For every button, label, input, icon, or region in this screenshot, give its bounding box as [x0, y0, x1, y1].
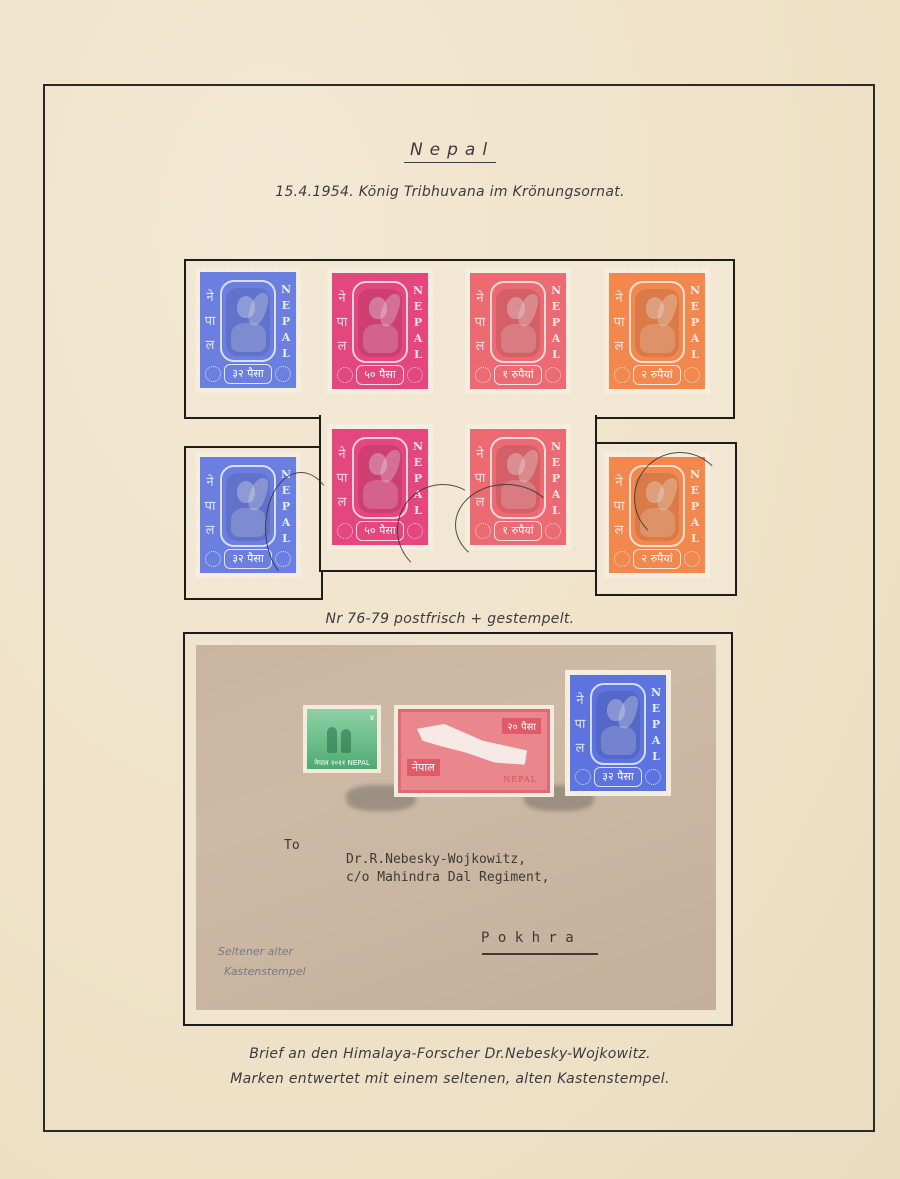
- ornament-icon: [575, 769, 591, 785]
- stamp-value: ४: [370, 712, 374, 723]
- postmark-cancel: [455, 484, 557, 566]
- used-stamp-1: नेपालNEPAL३२ पैसा: [195, 452, 301, 578]
- stamp-native-name: नेपाल: [573, 689, 587, 761]
- page-subtitle: 15.4.1954. König Tribhuvana im Krönungso…: [0, 184, 900, 200]
- ornament-icon: [337, 523, 353, 539]
- mint-stamp-1: नेपालNEPAL३२ पैसा: [195, 267, 301, 393]
- to-label: To: [284, 838, 300, 853]
- ornament-icon: [645, 769, 661, 785]
- stamp-value: २० पैसा: [502, 718, 541, 734]
- ornament-icon: [205, 551, 221, 567]
- stamp-native-name: नेपाल: [203, 471, 217, 543]
- address-line-1: Dr.R.Nebesky-Wojkowitz,: [346, 852, 526, 867]
- stamp-value: ३२ पैसा: [224, 364, 272, 384]
- stamp-native-name: नेपाल: [335, 443, 349, 515]
- green-agriculture-stamp: ४ नेपाल २०११ NEPAL: [303, 705, 381, 773]
- ornamental-frame: [629, 281, 685, 363]
- stamp-country: NEPAL: [411, 283, 425, 363]
- ornament-icon: [545, 367, 561, 383]
- ornamental-frame: [352, 281, 408, 363]
- address-line-2: c/o Mahindra Dal Regiment,: [346, 870, 550, 885]
- stamp-value: २ रुपैयां: [633, 549, 681, 569]
- used-stamp-2: नेपालNEPAL५० पैसा: [327, 424, 433, 550]
- city-underline: [482, 953, 598, 955]
- stamp-design: नेपालNEPAL३२ पैसा: [200, 272, 296, 388]
- pencil-note-1: Seltener alter: [218, 945, 293, 958]
- stamp-design: नेपालNEPAL१ रुपैयां: [470, 273, 566, 389]
- stamp-native-name: नेपाल: [203, 286, 217, 358]
- stamp-value: ५० पैसा: [356, 365, 404, 385]
- mint-stamp-2: नेपालNEPAL५० पैसा: [327, 268, 433, 394]
- stamp-design: नेपालNEPAL५० पैसा: [332, 273, 428, 389]
- ornament-icon: [614, 367, 630, 383]
- ornament-icon: [475, 367, 491, 383]
- cover-caption-line-2: Marken entwertet mit einem seltenen, alt…: [0, 1071, 900, 1087]
- stamp-value: २ रुपैयां: [633, 365, 681, 385]
- used-stamp-3: नेपालNEPAL१ रुपैयां: [465, 424, 571, 550]
- stamp-country: NEPAL: [649, 685, 663, 765]
- pencil-note-2: Kastenstempel: [224, 965, 306, 978]
- cover-portrait-stamp-design: नेपालNEPAL३२ पैसा: [565, 670, 671, 796]
- stamp-country: NEPAL: [503, 775, 537, 784]
- stamp-native-name: नेपाल: [335, 287, 349, 359]
- ornamental-frame: [590, 683, 646, 765]
- mint-stamp-4: नेपालNEPAL२ रुपैयां: [604, 268, 710, 394]
- ornament-icon: [684, 551, 700, 567]
- ornamental-frame: [352, 437, 408, 519]
- used-stamp-4: नेपालNEPAL२ रुपैयां: [604, 452, 710, 578]
- stamp-value: ३२ पैसा: [594, 767, 642, 787]
- stamp-design: नेपालNEPAL२ रुपैयां: [609, 273, 705, 389]
- ornamental-frame: [220, 280, 276, 362]
- stamp-native-name: नेपाल: [407, 759, 440, 776]
- stamp-native-name: नेपाल: [612, 287, 626, 359]
- postmark-cancel: [634, 452, 726, 544]
- ornament-icon: [684, 367, 700, 383]
- stamp-design: नेपालNEPAL३२ पैसा: [570, 675, 666, 791]
- ornament-icon: [275, 366, 291, 382]
- stamp-native-name: नेपाल: [612, 471, 626, 543]
- stamp-country: NEPAL: [688, 283, 702, 363]
- stamp-value: ३२ पैसा: [224, 549, 272, 569]
- ornamental-frame: [490, 281, 546, 363]
- ornament-icon: [205, 366, 221, 382]
- stamp-value: १ रुपैयां: [494, 365, 542, 385]
- page-title: Nepal: [0, 140, 900, 160]
- stamp-inscription: नेपाल २०११ NEPAL: [307, 759, 377, 768]
- stamp-country: NEPAL: [549, 283, 563, 363]
- cover-caption-line-1: Brief an den Himalaya-Forscher Dr.Nebesk…: [0, 1046, 900, 1062]
- address-city: P o k h r a: [481, 930, 574, 946]
- farmer-figure: [341, 729, 351, 753]
- ornament-icon: [337, 367, 353, 383]
- map-of-nepal-stamp: २० पैसा नेपाल NEPAL: [394, 705, 554, 797]
- stamp-native-name: नेपाल: [473, 287, 487, 359]
- ornament-icon: [407, 367, 423, 383]
- set-caption: Nr 76-79 postfrisch + gestempelt.: [0, 611, 900, 627]
- farmer-figure: [327, 727, 337, 753]
- ornament-icon: [614, 551, 630, 567]
- stamp-country: NEPAL: [279, 282, 293, 362]
- mint-stamp-3: नेपालNEPAL१ रुपैयां: [465, 268, 571, 394]
